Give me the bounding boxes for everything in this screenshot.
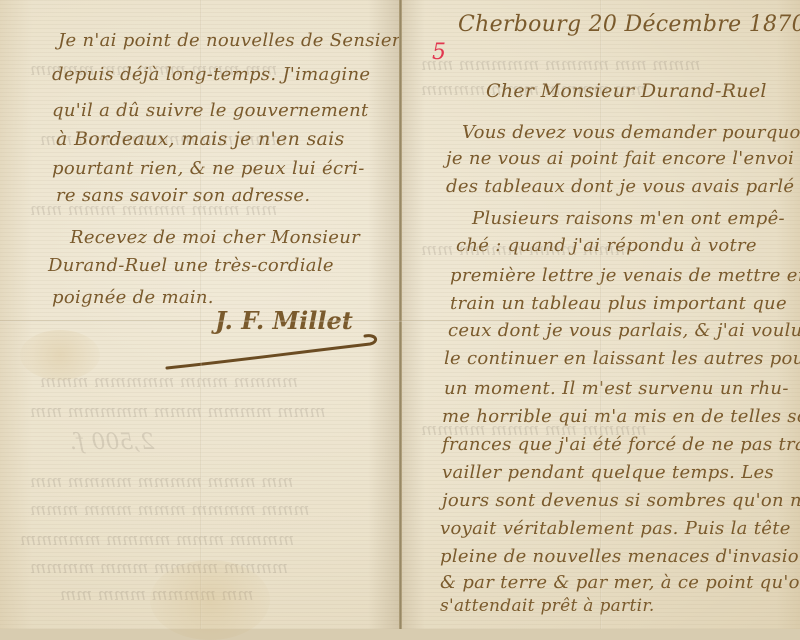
letter-line: re sans savoir son adresse. — [56, 185, 310, 206]
letter-scan: mm mmm mmm mm mmmm mmm mm mmmmm mm mm mm… — [0, 0, 800, 629]
bleed-through-line: mmm mm mmmm mmmmm mm — [421, 55, 701, 75]
letter-line: poignée de main. — [52, 287, 214, 308]
letter-line: me horrible qui m'a mis en de telles sou… — [442, 406, 800, 427]
horizontal-fold — [0, 320, 800, 322]
letter-line: des tableaux dont je vous avais parlé — [446, 176, 794, 197]
letter-line: frances que j'ai été forcé de ne pas tra… — [442, 434, 800, 455]
letter-line: je ne vous ai point fait encore l'envoi — [446, 148, 794, 169]
letter-line: Durand-Ruel une très-cordiale — [48, 255, 334, 276]
letter-line: pleine de nouvelles menaces d'invasion — [440, 546, 800, 567]
vertical-fold — [600, 0, 602, 629]
paper-stain — [20, 330, 100, 380]
bleed-through-line: mmm mmmm mmm mmmmm mm — [30, 402, 326, 422]
letter-line: ceux dont je vous parlais, & j'ai voulu — [448, 320, 800, 341]
letter-header-place-date: Cherbourg 20 Décembre 1870 — [458, 12, 800, 37]
bleed-through-line: mmmm mmm mmmm mmmmm — [20, 530, 294, 550]
letter-line: pourtant rien, & ne peux lui écri- — [52, 158, 365, 179]
letter-line: voyait véritablement pas. Puis la tête — [440, 518, 791, 539]
letter-line: un moment. Il m'est survenu un rhu- — [444, 378, 789, 399]
letter-line: le continuer en laissant les autres pour — [444, 348, 800, 369]
bleed-through-amount: 2,500 f. — [70, 430, 154, 455]
letter-line: ché : quand j'ai répondu à votre — [456, 235, 757, 256]
archive-number: 5 — [432, 40, 446, 65]
letter-line: train un tableau plus important que — [450, 293, 787, 314]
vertical-fold — [200, 0, 202, 629]
letter-line: s'attendait prêt à partir. — [440, 596, 655, 616]
bleed-through-line: mmm mmmm mmm mmm mmm — [30, 500, 310, 520]
letter-line: depuis déjà long-temps. J'imagine — [52, 64, 370, 85]
bleed-through-line: mm mmm mmmm mmmm mm — [30, 472, 293, 492]
letter-line: qu'il a dû suivre le gouvernement — [52, 100, 369, 121]
letter-line: Recevez de moi cher Monsieur — [70, 227, 360, 248]
letter-salutation: Cher Monsieur Durand-Ruel — [486, 80, 767, 102]
signature-flourish — [165, 332, 380, 372]
letter-line: Vous devez vous demander pourquoi — [462, 122, 800, 143]
letter-line: Je n'ai point de nouvelles de Sensier — [58, 30, 401, 51]
letter-line: jours sont devenus si sombres qu'on n'y — [442, 490, 800, 511]
letter-line: & par terre & par mer, à ce point qu'on — [440, 572, 800, 593]
letter-line: Plusieurs raisons m'en ont empê- — [472, 208, 785, 229]
letter-line: première lettre je venais de mettre en — [450, 265, 800, 286]
letter-line: vailler pendant quelque temps. Les — [442, 462, 774, 483]
